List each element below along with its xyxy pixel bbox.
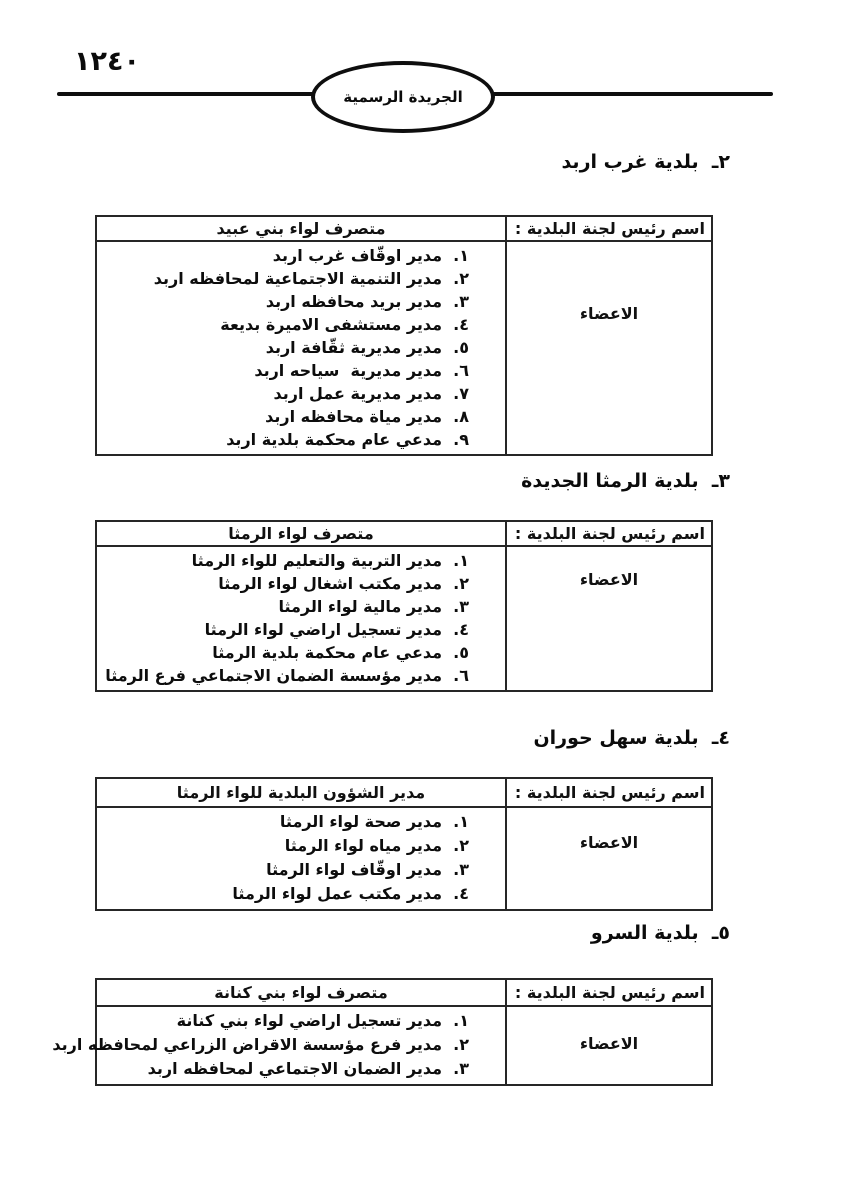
member-item: ٧. مدير مديرية عمل اربد bbox=[101, 382, 469, 405]
table-header-row: اسم رئيس لجنة البلدية : مدير الشؤون البل… bbox=[97, 779, 711, 808]
chairman-value-cell: متصرف لواء بني عبيد bbox=[97, 217, 505, 240]
member-item: ٣. مدير مالية لواء الرمثا bbox=[101, 595, 469, 618]
members-list-cell: ١. مدير التربية والتعليم للواء الرمثا ٢.… bbox=[97, 547, 505, 690]
chairman-value-cell: متصرف لواء الرمثا bbox=[97, 522, 505, 545]
table-body-row: الاعضاء ١. مدير اوقّاف غرب اربد ٢. مدير … bbox=[97, 242, 711, 454]
members-list-cell: ١. مدير اوقّاف غرب اربد ٢. مدير التنمية … bbox=[97, 242, 505, 454]
member-item: ٣. مدير اوقّاف لواء الرمثا bbox=[101, 858, 469, 882]
member-item: ٤. مدير مستشفى الاميرة بديعة bbox=[101, 313, 469, 336]
gazette-page: ١٢٤٠ الجريدة الرسمية ٢ـ بلدية غرب اربد ا… bbox=[0, 0, 850, 1193]
section-heading-al-sarou: ٥ـ بلدية السرو bbox=[591, 918, 730, 948]
members-label-cell: الاعضاء bbox=[505, 242, 711, 454]
member-item: ١. مدير التربية والتعليم للواء الرمثا bbox=[101, 549, 469, 572]
members-list: ١. مدير اوقّاف غرب اربد ٢. مدير التنمية … bbox=[97, 242, 505, 454]
chairman-value-cell: مدير الشؤون البلدية للواء الرمثا bbox=[97, 779, 505, 806]
page-number: ١٢٤٠ bbox=[74, 46, 140, 77]
member-item: ٥. مدعي عام محكمة بلدية الرمثا bbox=[101, 641, 469, 664]
committee-table-sahel-horan: اسم رئيس لجنة البلدية : مدير الشؤون البل… bbox=[95, 777, 713, 911]
member-item: ٨. مدير مياة محافظه اربد bbox=[101, 405, 469, 428]
member-item: ٢. مدير مياه لواء الرمثا bbox=[101, 834, 469, 858]
members-label-cell: الاعضاء bbox=[505, 1007, 711, 1084]
member-item: ٦. مدير مديرية سياحه اربد bbox=[101, 359, 469, 382]
table-body-row: الاعضاء ١. مدير تسجيل اراضي لواء بني كنا… bbox=[97, 1007, 711, 1084]
member-item: ٣. مدير بريد محافظه اربد bbox=[101, 290, 469, 313]
table-header-row: اسم رئيس لجنة البلدية : متصرف لواء بني ع… bbox=[97, 217, 711, 242]
committee-table-new-ramtha: اسم رئيس لجنة البلدية : متصرف لواء الرمث… bbox=[95, 520, 713, 692]
table-body-row: الاعضاء ١. مدير التربية والتعليم للواء ا… bbox=[97, 547, 711, 690]
chairman-label-cell: اسم رئيس لجنة البلدية : bbox=[505, 522, 711, 545]
masthead-oval: الجريدة الرسمية bbox=[311, 61, 495, 133]
chairman-label-cell: اسم رئيس لجنة البلدية : bbox=[505, 217, 711, 240]
members-list: ١. مدير تسجيل اراضي لواء بني كنانة ٢. مد… bbox=[97, 1007, 505, 1084]
member-item: ٣. مدير الضمان الاجتماعي لمحافظه اربد bbox=[101, 1057, 469, 1081]
members-list-cell: ١. مدير تسجيل اراضي لواء بني كنانة ٢. مد… bbox=[97, 1007, 505, 1084]
member-item: ٤. مدير تسجيل اراضي لواء الرمثا bbox=[101, 618, 469, 641]
table-body-row: الاعضاء ١. مدير صحة لواء الرمثا ٢. مدير … bbox=[97, 808, 711, 909]
chairman-label-cell: اسم رئيس لجنة البلدية : bbox=[505, 980, 711, 1005]
section-heading-west-irbid: ٢ـ بلدية غرب اربد bbox=[561, 147, 730, 177]
section-heading-sahel-horan: ٤ـ بلدية سهل حوران bbox=[533, 723, 730, 753]
committee-table-west-irbid: اسم رئيس لجنة البلدية : متصرف لواء بني ع… bbox=[95, 215, 713, 456]
table-header-row: اسم رئيس لجنة البلدية : متصرف لواء بني ك… bbox=[97, 980, 711, 1007]
member-item: ١. مدير صحة لواء الرمثا bbox=[101, 810, 469, 834]
member-item: ٥. مدير مديرية ثقّافة اربد bbox=[101, 336, 469, 359]
member-item: ٢. مدير فرع مؤسسة الاقراض الزراعي لمحافظ… bbox=[101, 1033, 469, 1057]
member-item: ٩. مدعي عام محكمة بلدية اربد bbox=[101, 428, 469, 451]
member-item: ١. مدير تسجيل اراضي لواء بني كنانة bbox=[101, 1009, 469, 1033]
members-list-cell: ١. مدير صحة لواء الرمثا ٢. مدير مياه لوا… bbox=[97, 808, 505, 909]
members-label-cell: الاعضاء bbox=[505, 808, 711, 909]
member-item: ٢. مدير مكتب اشغال لواء الرمثا bbox=[101, 572, 469, 595]
members-list: ١. مدير التربية والتعليم للواء الرمثا ٢.… bbox=[97, 547, 505, 690]
member-item: ٦. مدير مؤسسة الضمان الاجتماعي فرع الرمث… bbox=[101, 664, 469, 687]
masthead-title: الجريدة الرسمية bbox=[343, 88, 462, 106]
committee-table-al-sarou: اسم رئيس لجنة البلدية : متصرف لواء بني ك… bbox=[95, 978, 713, 1086]
chairman-value-cell: متصرف لواء بني كنانة bbox=[97, 980, 505, 1005]
chairman-label-cell: اسم رئيس لجنة البلدية : bbox=[505, 779, 711, 806]
table-header-row: اسم رئيس لجنة البلدية : متصرف لواء الرمث… bbox=[97, 522, 711, 547]
member-item: ٢. مدير التنمية الاجتماعية لمحافظه اربد bbox=[101, 267, 469, 290]
members-list: ١. مدير صحة لواء الرمثا ٢. مدير مياه لوا… bbox=[97, 808, 505, 909]
member-item: ١. مدير اوقّاف غرب اربد bbox=[101, 244, 469, 267]
section-heading-new-ramtha: ٣ـ بلدية الرمثا الجديدة bbox=[521, 466, 730, 496]
members-label-cell: الاعضاء bbox=[505, 547, 711, 690]
member-item: ٤. مدير مكتب عمل لواء الرمثا bbox=[101, 882, 469, 906]
